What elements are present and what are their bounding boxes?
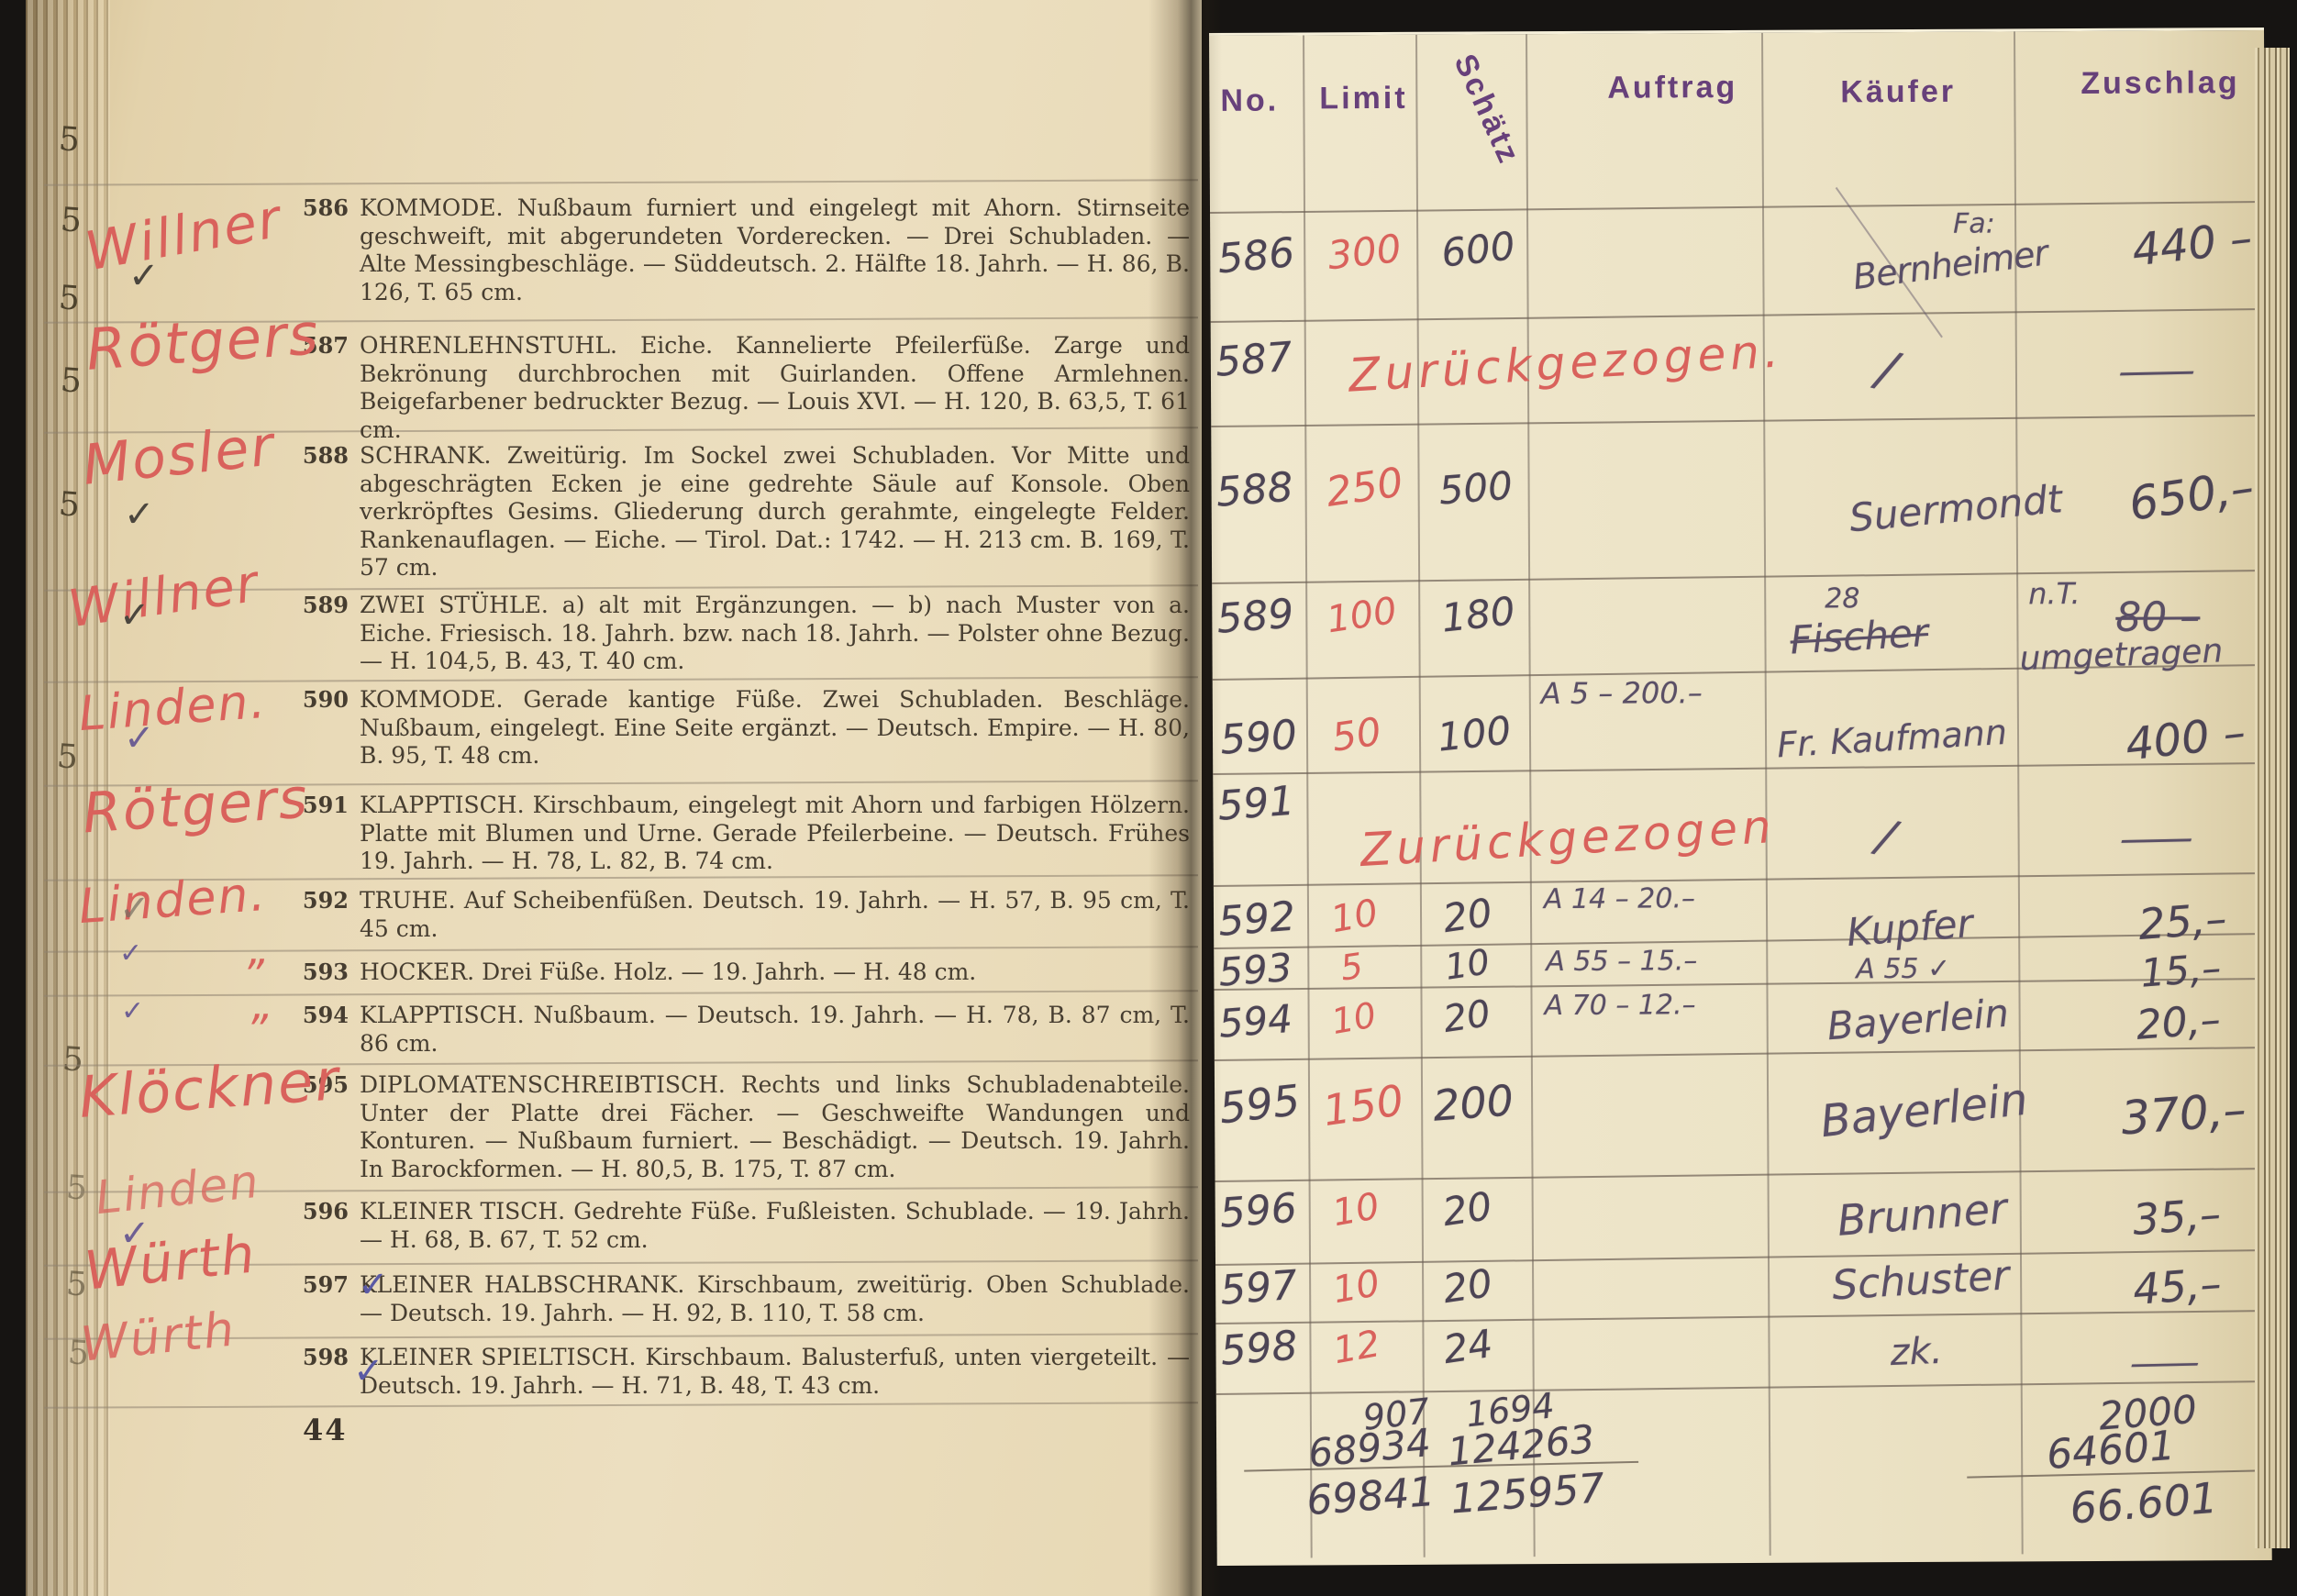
cell-zuschlag-586: 440 – (2130, 212, 2255, 276)
cell-limit-596: 10 (1329, 1185, 1382, 1235)
cell-kaeufer-587: / (1872, 339, 1903, 400)
ruled-line (44, 990, 1198, 996)
column-rule (1761, 33, 1771, 1556)
column-header-schaetz: Schätz (1447, 49, 1527, 170)
cell-limit-589: 100 (1324, 590, 1399, 642)
page-edge-digit: 5 (58, 120, 82, 159)
cell-zuschlag-592: 25,– (2136, 893, 2228, 949)
cell-limit-593: 5 (1337, 946, 1365, 989)
cell-limit-590: 50 (1329, 709, 1384, 760)
cell-zuschlag-596: 35,– (2131, 1189, 2223, 1245)
column-header-kaeufer: Käufer (1840, 74, 1956, 111)
margin-ditto-593: „ (248, 925, 272, 974)
cell-zuschlag-598: — (2126, 1342, 2203, 1384)
lot-description: HOCKER. Drei Füße. Holz. — 19. Jahrh. — … (360, 959, 1190, 987)
margin-name-586: Willner (81, 187, 287, 283)
cell-kaeufer-597: Schuster (1831, 1252, 2011, 1309)
cell-kaeufer-588: Suermondt (1848, 476, 2064, 540)
cell-kaeufer-592: Kupfer (1845, 901, 1974, 955)
page-edge-digit: 5 (65, 1169, 89, 1207)
cell-zuschlag-587: — (2114, 348, 2199, 394)
row-rule (1215, 1168, 2270, 1182)
cell-limit-592: 10 (1327, 892, 1381, 941)
lot-number: 598 (301, 1344, 349, 1400)
page-edge-digit: 5 (56, 737, 80, 776)
cell-zuschlag-594: 20,– (2135, 996, 2223, 1049)
cell-kaeufer-586: Bernheimer (1850, 232, 2049, 297)
cell-auftrag-594: A 70 – 12.– (1544, 989, 1695, 1022)
cell-no-591: 591 (1216, 778, 1297, 830)
lot-number: 593 (301, 959, 349, 987)
lot-description: KLAPPTISCH. Nußbaum. — Deutsch. 19. Jahr… (360, 1002, 1190, 1058)
lot-description: KLEINER SPIELTISCH. Kirschbaum. Baluster… (360, 1344, 1190, 1400)
cell-no-588: 588 (1215, 464, 1295, 516)
checkmark: ✓ (119, 594, 150, 637)
cell-kaeufer-594: Bayerlein (1825, 991, 2010, 1049)
lot-description: KOMMODE. Nußbaum furniert und eingelegt … (360, 194, 1190, 306)
column-header-auftrag: Auftrag (1607, 70, 1737, 106)
column-header-limit: Limit (1319, 81, 1407, 117)
lot-description: ZWEI STÜHLE. a) alt mit Ergänzungen. — b… (360, 592, 1190, 676)
cell-zuschlag-597: 45,– (2131, 1258, 2223, 1314)
catalog-entry-590: 590KOMMODE. Gerade kantige Füße. Zwei Sc… (301, 686, 1218, 770)
total-zuschlag-sum: 66.601 (2069, 1473, 2220, 1534)
cell-schaetz-588: 500 (1437, 463, 1515, 514)
cell-schaetz-595: 200 (1431, 1075, 1515, 1130)
cell-no-587: 587 (1214, 334, 1294, 386)
withdrawn-591: Zurückgezogen (1359, 800, 1777, 877)
cell-zuschlag-590: 400 – (2123, 706, 2247, 770)
cell-no-595: 595 (1216, 1075, 1302, 1133)
total-limit-sum: 69841 (1305, 1469, 1437, 1524)
cell-auftrag-593: A 55 – 15.– (1546, 945, 1697, 978)
page-edge-digit: 5 (58, 279, 82, 317)
column-header-zuschlag: Zuschlag (2081, 65, 2239, 102)
cell-kaeufer-note-589: 28 (1825, 582, 1859, 615)
ruled-line (44, 179, 1198, 185)
lot-number: 592 (301, 887, 349, 943)
catalog-entry-588: 588SCHRANK. Zweitürig. Im Sockel zwei Sc… (301, 442, 1218, 582)
margin-ditto-594: „ (251, 980, 275, 1029)
cell-kaeufer-598: zk. (1890, 1330, 1944, 1374)
lot-number: 590 (301, 686, 349, 770)
cell-limit-598: 12 (1330, 1323, 1383, 1372)
lot-number: 588 (301, 442, 349, 582)
cell-limit-588: 250 (1323, 459, 1405, 516)
cell-no-590: 590 (1218, 712, 1299, 764)
catalog-entry-596: 596KLEINER TISCH. Gedrehte Füße. Fußleis… (301, 1198, 1218, 1254)
catalog-entry-591: 591KLAPPTISCH. Kirschbaum, eingelegt mit… (301, 792, 1218, 876)
cell-kaeufer-591: / (1872, 809, 1900, 864)
cell-kaeufer-589-struck: Fischer (1789, 610, 1929, 663)
margin-name-587: Rötgers (84, 300, 322, 383)
row-rule (1211, 415, 2266, 427)
book-gutter (1148, 0, 1222, 1596)
column-header-no: No. (1220, 83, 1279, 119)
lot-description: KLEINER HALBSCHRANK. Kirschbaum, zweitür… (360, 1271, 1190, 1327)
row-rule (1212, 570, 2267, 584)
cell-auftrag-592: A 14 – 20.– (1544, 882, 1695, 915)
cell-zuschlag-595: 370,– (2119, 1082, 2247, 1145)
lot-description: OHRENLEHNSTUHL. Eiche. Kannelierte Pfeil… (360, 332, 1190, 444)
page-stack-edge (2255, 48, 2290, 1548)
lot-number: 586 (301, 194, 349, 306)
lot-description: KLAPPTISCH. Kirschbaum, eingelegt mit Ah… (360, 792, 1190, 876)
column-rule (1526, 34, 1536, 1557)
total-schaetz-sum: 125957 (1449, 1465, 1606, 1523)
lot-number: 597 (301, 1271, 349, 1327)
cell-zuschlag-591: — (2116, 817, 2197, 861)
cell-schaetz-598: 24 (1440, 1321, 1495, 1372)
margin-name-590: Linden. (77, 674, 269, 742)
page-edge-digit: 5 (58, 485, 82, 524)
row-rule (1211, 308, 2266, 323)
row-rule (1214, 978, 2269, 991)
scanned-book-spread: 5 5 5 5 5 5 5 5 5 5 586KOMMODE. Nußbaum … (0, 0, 2297, 1596)
checkmark: ✓ (128, 255, 160, 297)
cell-schaetz-592: 20 (1440, 890, 1495, 941)
cell-zuschlag-593: 15,– (2139, 945, 2223, 995)
column-rule (1303, 35, 1313, 1557)
withdrawn-587: Zurückgezogen. (1348, 324, 1785, 402)
row-rule (1213, 762, 2268, 775)
cell-no-596: 596 (1218, 1185, 1299, 1237)
page-edge-digit: 5 (60, 201, 83, 239)
cell-auftrag-590: A 5 – 200.– (1541, 675, 1703, 711)
checkmark: ✓ (121, 995, 144, 1027)
cell-no-586: 586 (1215, 229, 1296, 283)
cell-no-598: 598 (1219, 1323, 1300, 1375)
catalog-entry-592: 592TRUHE. Auf Scheibenfüßen. Deutsch. 19… (301, 887, 1218, 943)
ruled-line (44, 946, 1198, 952)
cell-schaetz-586: 600 (1439, 223, 1517, 276)
row-rule (1210, 201, 2265, 214)
cell-no-592: 592 (1216, 893, 1297, 946)
cell-kaeufer-590: Fr. Kaufmann (1776, 712, 2008, 765)
cell-schaetz-593: 10 (1442, 941, 1492, 988)
catalog-entry-593: 593HOCKER. Drei Füße. Holz. — 19. Jahrh.… (301, 959, 1218, 987)
catalog-entry-586: 586KOMMODE. Nußbaum furniert und eingele… (301, 194, 1218, 306)
catalog-entry-587: 587OHRENLEHNSTUHL. Eiche. Kannelierte Pf… (301, 332, 1218, 444)
lot-description: TRUHE. Auf Scheibenfüßen. Deutsch. 19. J… (360, 887, 1190, 943)
row-rule (1215, 1047, 2269, 1061)
total-zuschlag-sub2: 64601 (2045, 1423, 2176, 1479)
checkmark: ✓ (119, 937, 142, 970)
checkmark: ✓ (119, 1213, 150, 1255)
catalog-entry-598: 598KLEINER SPIELTISCH. Kirschbaum. Balus… (301, 1344, 1218, 1400)
cell-zuschlag-588: 650,– (2125, 460, 2257, 531)
cell-schaetz-594: 20 (1441, 992, 1493, 1041)
column-rule (1415, 35, 1426, 1557)
cell-limit-597: 10 (1329, 1262, 1382, 1312)
row-rule (1214, 933, 2269, 949)
cell-limit-595: 150 (1320, 1075, 1407, 1136)
cell-zuschlag-589-note: n.T. (2028, 576, 2081, 611)
cell-kaeufer-595: Bayerlein (1818, 1074, 2030, 1148)
checkmark: ✓ (358, 1264, 389, 1306)
cell-no-589: 589 (1215, 591, 1296, 643)
page-number: 44 (303, 1413, 348, 1447)
left-page: 5 5 5 5 5 5 5 5 5 5 586KOMMODE. Nußbaum … (26, 0, 1202, 1596)
checkmark: ✓ (124, 493, 155, 536)
cell-schaetz-589: 180 (1439, 588, 1517, 641)
ruled-line (44, 1402, 1198, 1408)
margin-name-591: Rötgers (81, 766, 311, 846)
margin-name-592: Linden. (77, 867, 269, 935)
lot-description: SCHRANK. Zweitürig. Im Sockel zwei Schub… (360, 442, 1190, 582)
cell-limit-586: 300 (1326, 226, 1404, 279)
cell-no-597: 597 (1218, 1262, 1299, 1314)
catalog-entry-597: 597KLEINER HALBSCHRANK. Kirschbaum, zwei… (301, 1271, 1218, 1327)
catalog-entry-595: 595DIPLOMATENSCHREIBTISCH. Rechts und li… (301, 1071, 1218, 1183)
cell-kaeufer-note-586: Fa: (1953, 208, 1995, 240)
page-edge-digit: 5 (60, 361, 83, 400)
cell-schaetz-597: 20 (1440, 1260, 1495, 1312)
cell-limit-594: 10 (1328, 994, 1379, 1042)
cell-schaetz-596: 20 (1439, 1183, 1494, 1235)
cell-no-594: 594 (1217, 996, 1294, 1047)
lot-description: KLEINER TISCH. Gedrehte Füße. Fußleisten… (360, 1198, 1190, 1254)
lot-number: 596 (301, 1198, 349, 1254)
checkmark: ✓ (119, 888, 150, 930)
lot-description: DIPLOMATENSCHREIBTISCH. Rechts und links… (360, 1071, 1190, 1183)
cell-kaeufer-596: Brunner (1836, 1183, 2009, 1246)
cell-zuschlag-589-below: umgetragen (2019, 632, 2224, 678)
cell-schaetz-590: 100 (1436, 707, 1514, 760)
right-page: No. Limit Schätz Auftrag Käufer Zuschlag… (1209, 28, 2272, 1566)
lot-number: 589 (301, 592, 349, 676)
lot-description: KOMMODE. Gerade kantige Füße. Zwei Schub… (360, 686, 1190, 770)
checkmark: ✓ (353, 1350, 384, 1392)
catalog-entry-594: 594KLAPPTISCH. Nußbaum. — Deutsch. 19. J… (301, 1002, 1218, 1058)
cell-no-593: 593 (1217, 945, 1294, 995)
cell-kaeufer-593: A 55 ✓ (1856, 953, 1950, 986)
catalog-entry-589: 589ZWEI STÜHLE. a) alt mit Ergänzungen. … (301, 592, 1218, 676)
checkmark: ✓ (124, 717, 155, 759)
